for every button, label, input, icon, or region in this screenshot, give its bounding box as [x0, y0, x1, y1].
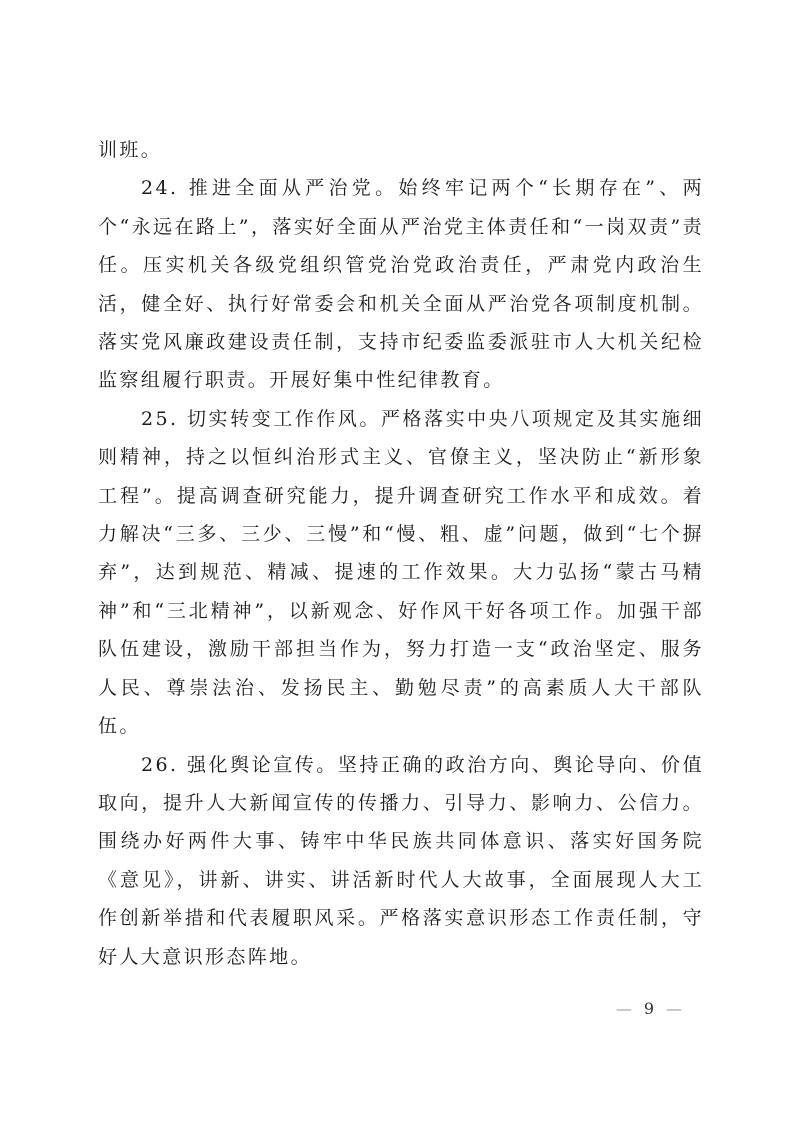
paragraph-item-24: 24. 推进全面从严治党。始终牢记两个“长期存在”、两个“永远在路上”，落实好全… [98, 169, 704, 399]
page-number-value: 9 [644, 997, 654, 1021]
paragraph-item-25: 25. 切实转变工作作风。严格落实中央八项规定及其实施细则精神，持之以恒纠治形式… [98, 400, 704, 746]
page-number: —9— [616, 997, 682, 1021]
paragraph-item-26: 26. 强化舆论宣传。坚持正确的政治方向、舆论导向、价值取向，提升人大新闻宣传的… [98, 746, 704, 976]
page-number-dash-left: — [616, 999, 632, 1018]
body-text: 训班。 24. 推进全面从严治党。始终牢记两个“长期存在”、两个“永远在路上”，… [98, 131, 704, 976]
paragraph-continuation: 训班。 [98, 131, 704, 169]
document-page: 训班。 24. 推进全面从严治党。始终牢记两个“长期存在”、两个“永远在路上”，… [0, 0, 794, 1123]
page-number-dash-right: — [666, 999, 682, 1018]
